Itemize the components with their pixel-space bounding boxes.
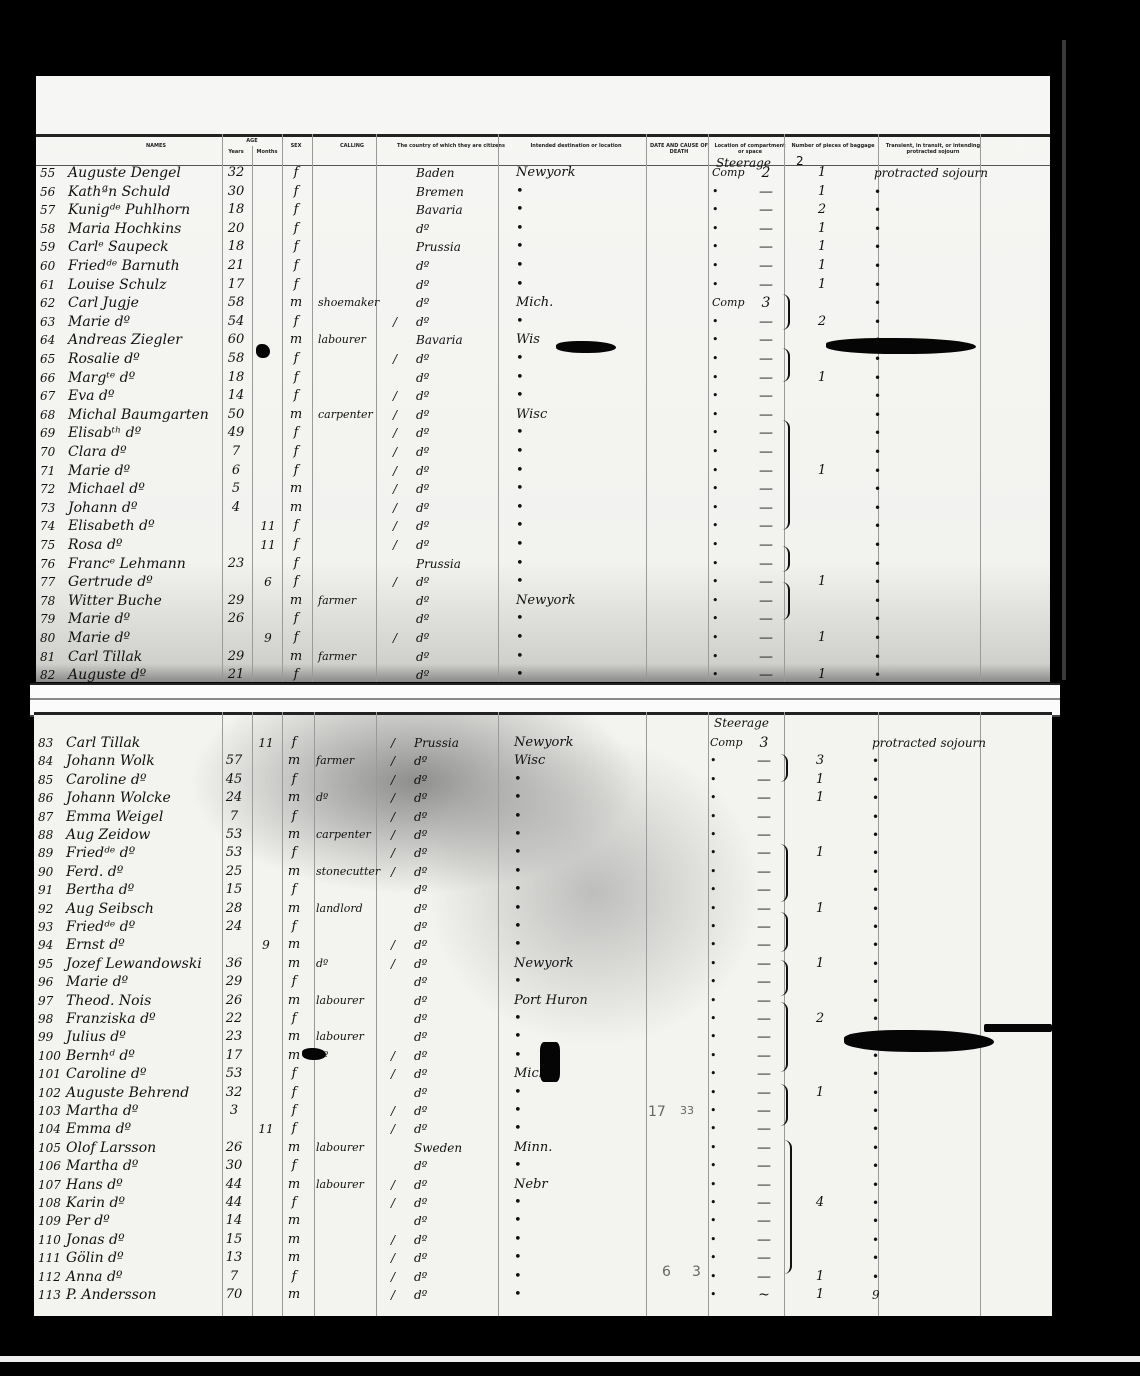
row-number: 64 bbox=[40, 331, 66, 349]
passenger-name: Marie dº bbox=[68, 313, 248, 331]
row-number: 58 bbox=[40, 220, 66, 238]
destination: • bbox=[514, 881, 624, 899]
compartment: • bbox=[710, 808, 750, 826]
compartment-mark: — bbox=[752, 1268, 776, 1286]
calling: farmer bbox=[318, 592, 388, 610]
table-row: 112Anna dº7f/dº••—1• bbox=[34, 1268, 1052, 1286]
header-years: Years bbox=[222, 149, 250, 155]
compartment-mark: — bbox=[752, 771, 776, 789]
passenger-name: Marie dº bbox=[68, 462, 248, 480]
table-row: 60Friedᵈᵉ Barnuth21fdº••—1• bbox=[36, 257, 1050, 275]
destination: • bbox=[514, 918, 624, 936]
country: Prussia bbox=[414, 734, 504, 752]
family-brace bbox=[780, 844, 788, 902]
calling: dº bbox=[316, 955, 386, 973]
sex: m bbox=[284, 936, 304, 954]
table-row: 97Theod. Nois26mlabourerdºPort Huron•—• bbox=[34, 992, 1052, 1010]
compartment: • bbox=[712, 443, 752, 461]
sex: f bbox=[284, 1120, 304, 1138]
compartment: • bbox=[710, 1065, 750, 1083]
country: dº bbox=[414, 1249, 504, 1267]
destination: • bbox=[514, 826, 624, 844]
age-years: 28 bbox=[222, 900, 246, 918]
age-years: 29 bbox=[222, 973, 246, 991]
destination: • bbox=[516, 369, 626, 387]
row-number: 79 bbox=[40, 610, 66, 628]
baggage-pieces: 1 bbox=[812, 183, 832, 201]
age-years: 6 bbox=[224, 462, 248, 480]
compartment-mark: — bbox=[754, 573, 778, 591]
passenger-name: Martha dº bbox=[66, 1157, 246, 1175]
age-years: 57 bbox=[222, 752, 246, 770]
compartment-mark: — bbox=[752, 973, 776, 991]
citizen-tick: / bbox=[388, 350, 402, 368]
transient-status: • bbox=[874, 592, 1024, 610]
row-number: 69 bbox=[40, 424, 66, 442]
destination: • bbox=[514, 1157, 624, 1175]
sex: m bbox=[284, 900, 304, 918]
citizen-tick: / bbox=[388, 443, 402, 461]
compartment: • bbox=[710, 1120, 750, 1138]
table-row: 105Olof Larsson26mlabourerSwedenMinn.•—• bbox=[34, 1139, 1052, 1157]
destination: • bbox=[516, 183, 626, 201]
baggage-pieces: 1 bbox=[810, 1286, 830, 1304]
compartment-mark: — bbox=[754, 480, 778, 498]
passenger-name: Friedᵈᵉ dº bbox=[66, 918, 246, 936]
destination: • bbox=[514, 1231, 624, 1249]
transient-status: • bbox=[872, 826, 1022, 844]
row-number: 78 bbox=[40, 592, 66, 610]
citizen-tick: / bbox=[386, 936, 400, 954]
row-number: 71 bbox=[40, 462, 66, 480]
table-row: 58Maria Hochkins20fdº••—1• bbox=[36, 220, 1050, 238]
sex: m bbox=[286, 294, 306, 312]
transient-status: • bbox=[874, 257, 1024, 275]
country: dº bbox=[416, 573, 506, 591]
sex: f bbox=[286, 257, 306, 275]
compartment-mark: — bbox=[754, 443, 778, 461]
transient-status: • bbox=[872, 936, 1022, 954]
table-row: 113P. Andersson70m/dº••~19 bbox=[34, 1286, 1052, 1304]
family-brace bbox=[784, 1140, 792, 1274]
passenger-name: Theod. Nois bbox=[66, 992, 246, 1010]
compartment: • bbox=[712, 201, 752, 219]
compartment-mark: — bbox=[752, 1249, 776, 1267]
baggage-pieces: 1 bbox=[810, 1268, 830, 1286]
age-years: 29 bbox=[224, 592, 248, 610]
citizen-tick: / bbox=[388, 480, 402, 498]
calling: dº bbox=[316, 789, 386, 807]
sex: m bbox=[284, 1249, 304, 1267]
destination: • bbox=[514, 936, 624, 954]
compartment: • bbox=[710, 973, 750, 991]
passenger-name: Jozef Lewandowski bbox=[66, 955, 246, 973]
table-row: 66Margᵗᵉ dº18fdº••—1• bbox=[36, 369, 1050, 387]
table-row: 71Marie dº6f/dº••—1• bbox=[36, 462, 1050, 480]
transient-status: • bbox=[874, 443, 1024, 461]
family-brace bbox=[780, 912, 788, 952]
table-row: 107Hans dº44mlabourer/dºNebr•—• bbox=[34, 1176, 1052, 1194]
transient-status: • bbox=[874, 499, 1024, 517]
country: dº bbox=[414, 826, 504, 844]
transient-status: • bbox=[872, 1139, 1022, 1157]
destination: Wisc bbox=[514, 752, 624, 770]
passenger-name: Auguste Behrend bbox=[66, 1084, 246, 1102]
age-years: 30 bbox=[222, 1157, 246, 1175]
sex: m bbox=[284, 863, 304, 881]
sex: m bbox=[284, 1139, 304, 1157]
compartment-mark: — bbox=[752, 826, 776, 844]
transient-status: • bbox=[874, 555, 1024, 573]
passenger-name: Gertrude dº bbox=[68, 573, 248, 591]
table-row: 103Martha dº3f/dº••—• bbox=[34, 1102, 1052, 1120]
country: dº bbox=[416, 276, 506, 294]
table-row: 102Auguste Behrend32fdº••—1• bbox=[34, 1084, 1052, 1102]
row-number: 82 bbox=[40, 666, 66, 682]
row-number: 59 bbox=[40, 238, 66, 256]
compartment: • bbox=[712, 648, 752, 666]
passenger-name: Louise Schulz bbox=[68, 276, 248, 294]
compartment-mark: — bbox=[752, 936, 776, 954]
sex: m bbox=[284, 992, 304, 1010]
ink-blot bbox=[540, 1042, 560, 1082]
family-brace bbox=[780, 1002, 788, 1072]
age-years: 25 bbox=[222, 863, 246, 881]
table-row: 61Louise Schulz17fdº••—1• bbox=[36, 276, 1050, 294]
age-years: 17 bbox=[224, 276, 248, 294]
compartment-mark: — bbox=[754, 220, 778, 238]
country: dº bbox=[416, 220, 506, 238]
age-years: 17 bbox=[222, 1047, 246, 1065]
sex: m bbox=[284, 752, 304, 770]
baggage-pieces: 1 bbox=[810, 789, 830, 807]
compartment-mark: — bbox=[754, 350, 778, 368]
table-row: 75Rosa dº11f/dº••—• bbox=[36, 536, 1050, 554]
destination: • bbox=[514, 900, 624, 918]
age-years: 20 bbox=[224, 220, 248, 238]
row-number: 110 bbox=[38, 1231, 64, 1249]
sex: f bbox=[286, 573, 306, 591]
baggage-pieces: 1 bbox=[812, 462, 832, 480]
pencil-note: 17 bbox=[648, 1104, 666, 1120]
baggage-pieces: 1 bbox=[810, 955, 830, 973]
passenger-name: Francᵉ Lehmann bbox=[68, 555, 248, 573]
row-number: 77 bbox=[40, 573, 66, 591]
header-age: AGE bbox=[222, 138, 282, 144]
age-years: 22 bbox=[222, 1010, 246, 1028]
row-number: 105 bbox=[38, 1139, 64, 1157]
compartment: • bbox=[710, 1102, 750, 1120]
table-row: 56Kathªn Schuld30fBremen••—1• bbox=[36, 183, 1050, 201]
transient-status: • bbox=[872, 1084, 1022, 1102]
country: dº bbox=[414, 955, 504, 973]
compartment-mark: — bbox=[752, 863, 776, 881]
age-months: 11 bbox=[258, 517, 278, 535]
sex: f bbox=[286, 424, 306, 442]
destination: • bbox=[516, 220, 626, 238]
sex: f bbox=[286, 666, 306, 682]
citizen-tick: / bbox=[386, 1120, 400, 1138]
sex: m bbox=[284, 955, 304, 973]
baggage-pieces: 2 bbox=[812, 313, 832, 331]
row-number: 83 bbox=[38, 734, 64, 752]
row-number: 101 bbox=[38, 1065, 64, 1083]
age-years: 21 bbox=[224, 666, 248, 682]
country: Prussia bbox=[416, 555, 506, 573]
destination: • bbox=[516, 443, 626, 461]
sex: f bbox=[286, 536, 306, 554]
row-number: 61 bbox=[40, 276, 66, 294]
sex: f bbox=[286, 276, 306, 294]
destination: • bbox=[516, 257, 626, 275]
compartment: • bbox=[712, 257, 752, 275]
sex: m bbox=[286, 331, 306, 349]
baggage-pieces: 1 bbox=[812, 369, 832, 387]
pencil-note: 33 bbox=[680, 1104, 694, 1117]
table-row: 85Caroline dº45f/dº••—1• bbox=[34, 771, 1052, 789]
passenger-name: Witter Buche bbox=[68, 592, 248, 610]
citizen-tick: / bbox=[388, 499, 402, 517]
country: dº bbox=[414, 992, 504, 1010]
sex: m bbox=[284, 1212, 304, 1230]
destination: • bbox=[514, 808, 624, 826]
compartment-mark: — bbox=[754, 201, 778, 219]
family-brace bbox=[782, 294, 790, 330]
passenger-name: Clara dº bbox=[68, 443, 248, 461]
transient-status: • bbox=[874, 462, 1024, 480]
passenger-name: Per dº bbox=[66, 1212, 246, 1230]
passenger-name: Elisabeth dº bbox=[68, 517, 248, 535]
country: Baden bbox=[416, 164, 506, 182]
citizen-tick: / bbox=[388, 517, 402, 535]
table-row: 108Karin dº44f/dº••—4• bbox=[34, 1194, 1052, 1212]
transient-status: • bbox=[874, 369, 1024, 387]
age-years: 7 bbox=[222, 1268, 246, 1286]
age-years: 21 bbox=[224, 257, 248, 275]
country: dº bbox=[414, 771, 504, 789]
destination: • bbox=[516, 499, 626, 517]
compartment: Comp bbox=[712, 164, 752, 182]
table-row: 68Michal Baumgarten50mcarpenter/dºWisc•—… bbox=[36, 406, 1050, 424]
citizen-tick: / bbox=[386, 734, 400, 752]
baggage-pieces: 1 bbox=[812, 238, 832, 256]
country: dº bbox=[416, 313, 506, 331]
table-row: 86Johann Wolcke24mdº/dº••—1• bbox=[34, 789, 1052, 807]
compartment-mark: — bbox=[754, 592, 778, 610]
sex: f bbox=[284, 1084, 304, 1102]
country: Bavaria bbox=[416, 331, 506, 349]
compartment-mark: — bbox=[754, 555, 778, 573]
destination: Nebr bbox=[514, 1176, 624, 1194]
country: dº bbox=[414, 900, 504, 918]
compartment-mark: — bbox=[754, 536, 778, 554]
citizen-tick: / bbox=[388, 629, 402, 647]
table-row: 62Carl Jugje58mshoemakerdºMich.Comp3• bbox=[36, 294, 1050, 312]
compartment: • bbox=[710, 1176, 750, 1194]
compartment-mark: — bbox=[754, 629, 778, 647]
destination: • bbox=[516, 387, 626, 405]
compartment-mark: — bbox=[754, 313, 778, 331]
passenger-name: Auguste dº bbox=[68, 666, 248, 682]
citizen-tick: / bbox=[386, 1102, 400, 1120]
table-row: 72Michael dº5m/dº••—• bbox=[36, 480, 1050, 498]
manifest-page-top: NAMES AGE Years Months SEX CALLING The c… bbox=[36, 76, 1050, 682]
passenger-name: Carl Tillak bbox=[68, 648, 248, 666]
passenger-name: Auguste Dengel bbox=[68, 164, 248, 182]
passenger-name: Emma dº bbox=[66, 1120, 246, 1138]
passenger-name: Eva dº bbox=[68, 387, 248, 405]
country: Bavaria bbox=[416, 201, 506, 219]
country: dº bbox=[414, 1268, 504, 1286]
compartment-mark: — bbox=[752, 1231, 776, 1249]
country: dº bbox=[414, 1194, 504, 1212]
column-header-row: NAMES AGE Years Months SEX CALLING The c… bbox=[36, 134, 1050, 166]
sex: m bbox=[286, 648, 306, 666]
destination: • bbox=[516, 666, 626, 682]
country: dº bbox=[414, 1120, 504, 1138]
age-years: 32 bbox=[222, 1084, 246, 1102]
calling: labourer bbox=[316, 1028, 386, 1046]
row-number: 57 bbox=[40, 201, 66, 219]
destination: • bbox=[514, 1249, 624, 1267]
citizen-tick: / bbox=[388, 313, 402, 331]
country: dº bbox=[414, 1010, 504, 1028]
destination: • bbox=[516, 424, 626, 442]
age-years: 58 bbox=[224, 350, 248, 368]
compartment: • bbox=[712, 387, 752, 405]
age-years: 5 bbox=[224, 480, 248, 498]
age-years: 13 bbox=[222, 1249, 246, 1267]
sex: m bbox=[284, 1047, 304, 1065]
table-row: 91Bertha dº15fdº••—• bbox=[34, 881, 1052, 899]
age-months: 11 bbox=[256, 734, 276, 752]
country: dº bbox=[416, 294, 506, 312]
row-number: 93 bbox=[38, 918, 64, 936]
sex: f bbox=[284, 734, 304, 752]
compartment: • bbox=[710, 1249, 750, 1267]
table-row: 57Kunigᵈᵉ Puhlhorn18fBavaria••—2• bbox=[36, 201, 1050, 219]
row-number: 55 bbox=[40, 164, 66, 182]
table-row: 77Gertrude dº6f/dº••—1• bbox=[36, 573, 1050, 591]
transient-status: • bbox=[872, 1268, 1022, 1286]
compartment: • bbox=[710, 900, 750, 918]
row-number: 108 bbox=[38, 1194, 64, 1212]
compartment-mark: — bbox=[752, 1139, 776, 1157]
age-years: 15 bbox=[222, 1231, 246, 1249]
age-years: 14 bbox=[224, 387, 248, 405]
passenger-name: Ernst dº bbox=[66, 936, 246, 954]
passenger-name: Johann Wolcke bbox=[66, 789, 246, 807]
age-years: 70 bbox=[222, 1286, 246, 1304]
table-row: 96Marie dº29fdº••—• bbox=[34, 973, 1052, 991]
country: dº bbox=[416, 499, 506, 517]
row-number: 95 bbox=[38, 955, 64, 973]
passenger-name: Carlᵉ Saupeck bbox=[68, 238, 248, 256]
compartment-mark: — bbox=[754, 648, 778, 666]
header-compartment: Location of compartment or space bbox=[712, 143, 788, 155]
country: dº bbox=[414, 863, 504, 881]
compartment: • bbox=[712, 238, 752, 256]
passenger-name: Johann Wolk bbox=[66, 752, 246, 770]
table-row: 55Auguste Dengel32fBadenNewyorkComp21pro… bbox=[36, 164, 1050, 182]
transient-status: • bbox=[874, 480, 1024, 498]
country: Sweden bbox=[414, 1139, 504, 1157]
age-months: 11 bbox=[258, 536, 278, 554]
compartment-mark: — bbox=[754, 462, 778, 480]
transient-status: • bbox=[874, 536, 1024, 554]
transient-status: • bbox=[872, 1231, 1022, 1249]
destination: • bbox=[516, 573, 626, 591]
age-years: 24 bbox=[222, 789, 246, 807]
pencil-note: 3 bbox=[692, 1264, 701, 1280]
sex: f bbox=[284, 1010, 304, 1028]
baggage-pieces: 3 bbox=[810, 752, 830, 770]
passenger-name: Johann dº bbox=[68, 499, 248, 517]
transient-status: • bbox=[874, 387, 1024, 405]
compartment: • bbox=[710, 1084, 750, 1102]
compartment: • bbox=[712, 331, 752, 349]
compartment-mark: — bbox=[754, 424, 778, 442]
country: dº bbox=[416, 536, 506, 554]
row-number: 72 bbox=[40, 480, 66, 498]
age-years: 14 bbox=[222, 1212, 246, 1230]
passenger-name: Rosa dº bbox=[68, 536, 248, 554]
compartment: • bbox=[710, 826, 750, 844]
sex: f bbox=[284, 1157, 304, 1175]
transient-status: • bbox=[874, 201, 1024, 219]
compartment-mark: 2 bbox=[754, 164, 778, 182]
passenger-name: Friedᵈᵉ dº bbox=[66, 844, 246, 862]
compartment: • bbox=[712, 406, 752, 424]
sex: m bbox=[284, 826, 304, 844]
baggage-pieces: 1 bbox=[812, 220, 832, 238]
compartment: • bbox=[710, 1047, 750, 1065]
age-years: 26 bbox=[224, 610, 248, 628]
row-number: 113 bbox=[38, 1286, 64, 1304]
sex: m bbox=[286, 480, 306, 498]
passenger-name: Emma Weigel bbox=[66, 808, 246, 826]
country: dº bbox=[416, 592, 506, 610]
table-row: 80Marie dº9f/dº••—1• bbox=[36, 629, 1050, 647]
table-row: 67Eva dº14f/dº••—• bbox=[36, 387, 1050, 405]
row-number: 97 bbox=[38, 992, 64, 1010]
header-sex: SEX bbox=[284, 143, 308, 149]
compartment: • bbox=[710, 1286, 750, 1304]
destination: • bbox=[514, 1084, 624, 1102]
citizen-tick: / bbox=[388, 462, 402, 480]
destination: • bbox=[516, 555, 626, 573]
passenger-name: Marie dº bbox=[68, 629, 248, 647]
age-years: 26 bbox=[222, 1139, 246, 1157]
compartment: • bbox=[710, 918, 750, 936]
calling: labourer bbox=[316, 1139, 386, 1157]
compartment: • bbox=[712, 369, 752, 387]
destination: • bbox=[516, 313, 626, 331]
transient-status: • bbox=[874, 238, 1024, 256]
passenger-name: Carl Tillak bbox=[66, 734, 246, 752]
passenger-name: Caroline dº bbox=[66, 771, 246, 789]
country: dº bbox=[416, 462, 506, 480]
compartment: • bbox=[710, 955, 750, 973]
sex: f bbox=[284, 1102, 304, 1120]
destination: • bbox=[514, 973, 624, 991]
destination: • bbox=[516, 276, 626, 294]
sex: f bbox=[284, 1194, 304, 1212]
destination: • bbox=[516, 536, 626, 554]
row-number: 107 bbox=[38, 1176, 64, 1194]
sex: f bbox=[286, 387, 306, 405]
country: dº bbox=[414, 1028, 504, 1046]
